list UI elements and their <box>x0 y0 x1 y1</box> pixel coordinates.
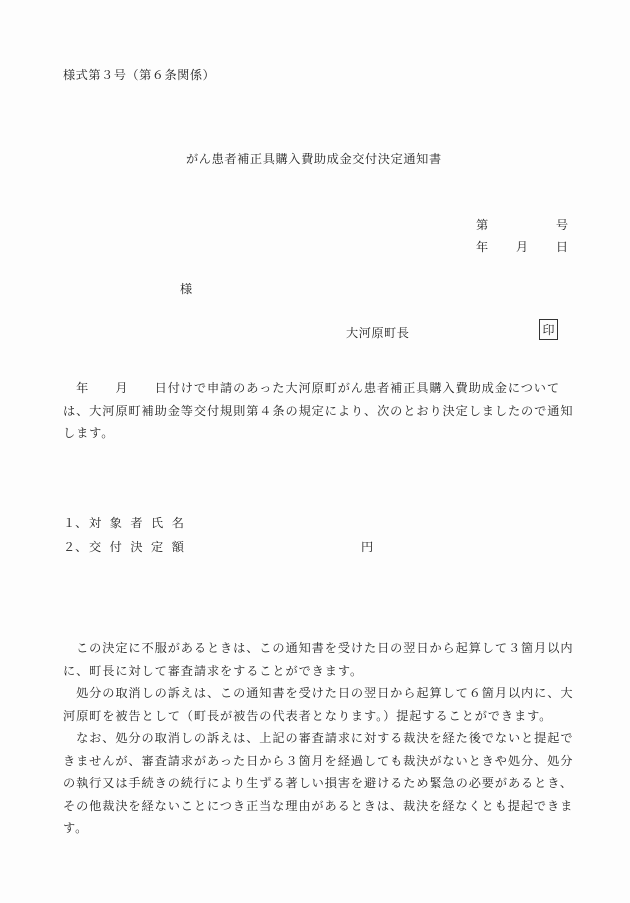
notice-line: 河原町を被告として（町長が被告の代表者となります。）提起することができます。 <box>63 705 568 728</box>
item-label: 対象者氏名 <box>89 514 192 538</box>
notice-line: す。 <box>63 817 568 840</box>
notice-line: きませんが、審査請求があった日から３箇月を経過しても裁決がないときや処分、処分 <box>63 750 568 773</box>
item-number: １、 <box>63 514 89 538</box>
issuer-name: 大河原町長 <box>346 324 409 341</box>
notice-line: 処分の取消しの訴えは、この通知書を受けた日の翌日から起算して６箇月以内に、大 <box>63 682 568 705</box>
seal-stamp-box: 印 <box>539 319 558 340</box>
body-line: します。 <box>63 422 568 445</box>
issue-date: 年 月 日 <box>476 238 568 260</box>
recipient-honorific: 様 <box>180 280 192 297</box>
body-line: 年 月 日付けで申請のあった大河原町がん患者補正具購入費助成金について <box>63 377 568 400</box>
date-month: 月 <box>516 238 528 260</box>
date-year: 年 <box>476 238 488 260</box>
document-title: がん患者補正具購入費助成金交付決定通知書 <box>186 150 442 167</box>
document-number: 第 号 <box>476 216 568 238</box>
item-grant-amount: ２、 交付決定額 <box>63 538 192 562</box>
notice-line: の執行又は手続きの続行により生ずる著しい損害を避けるため緊急の必要があるとき、 <box>63 772 568 795</box>
decision-items: １、 対象者氏名 ２、 交付決定額 <box>63 514 192 562</box>
form-number: 様式第３号（第６条関係） <box>63 66 215 83</box>
appeal-notice: この決定に不服があるときは、この通知書を受けた日の翌日から起算して３箇月以内 に… <box>63 637 568 840</box>
body-line: は、大河原町補助金等交付規則第４条の規定により、次のとおり決定しましたので通知 <box>63 400 568 423</box>
item-recipient-name: １、 対象者氏名 <box>63 514 192 538</box>
notice-line: その他裁決を経ないことにつき正当な理由があるときは、裁決を経なくとも提起できま <box>63 795 568 818</box>
item-label: 交付決定額 <box>89 538 192 562</box>
notice-line: この決定に不服があるときは、この通知書を受けた日の翌日から起算して３箇月以内 <box>63 637 568 660</box>
doc-number-prefix: 第 <box>476 216 488 238</box>
item-number: ２、 <box>63 538 89 562</box>
decision-body: 年 月 日付けで申請のあった大河原町がん患者補正具購入費助成金について は、大河… <box>63 377 568 445</box>
notice-line: なお、処分の取消しの訴えは、上記の審査請求に対する裁決を経た後でないと提起で <box>63 727 568 750</box>
date-day: 日 <box>556 238 568 260</box>
document-number-block: 第 号 年 月 日 <box>476 216 568 260</box>
notice-line: に、町長に対して審査請求をすることができます。 <box>63 660 568 683</box>
amount-unit-yen: 円 <box>361 538 373 555</box>
doc-number-suffix: 号 <box>556 216 568 238</box>
